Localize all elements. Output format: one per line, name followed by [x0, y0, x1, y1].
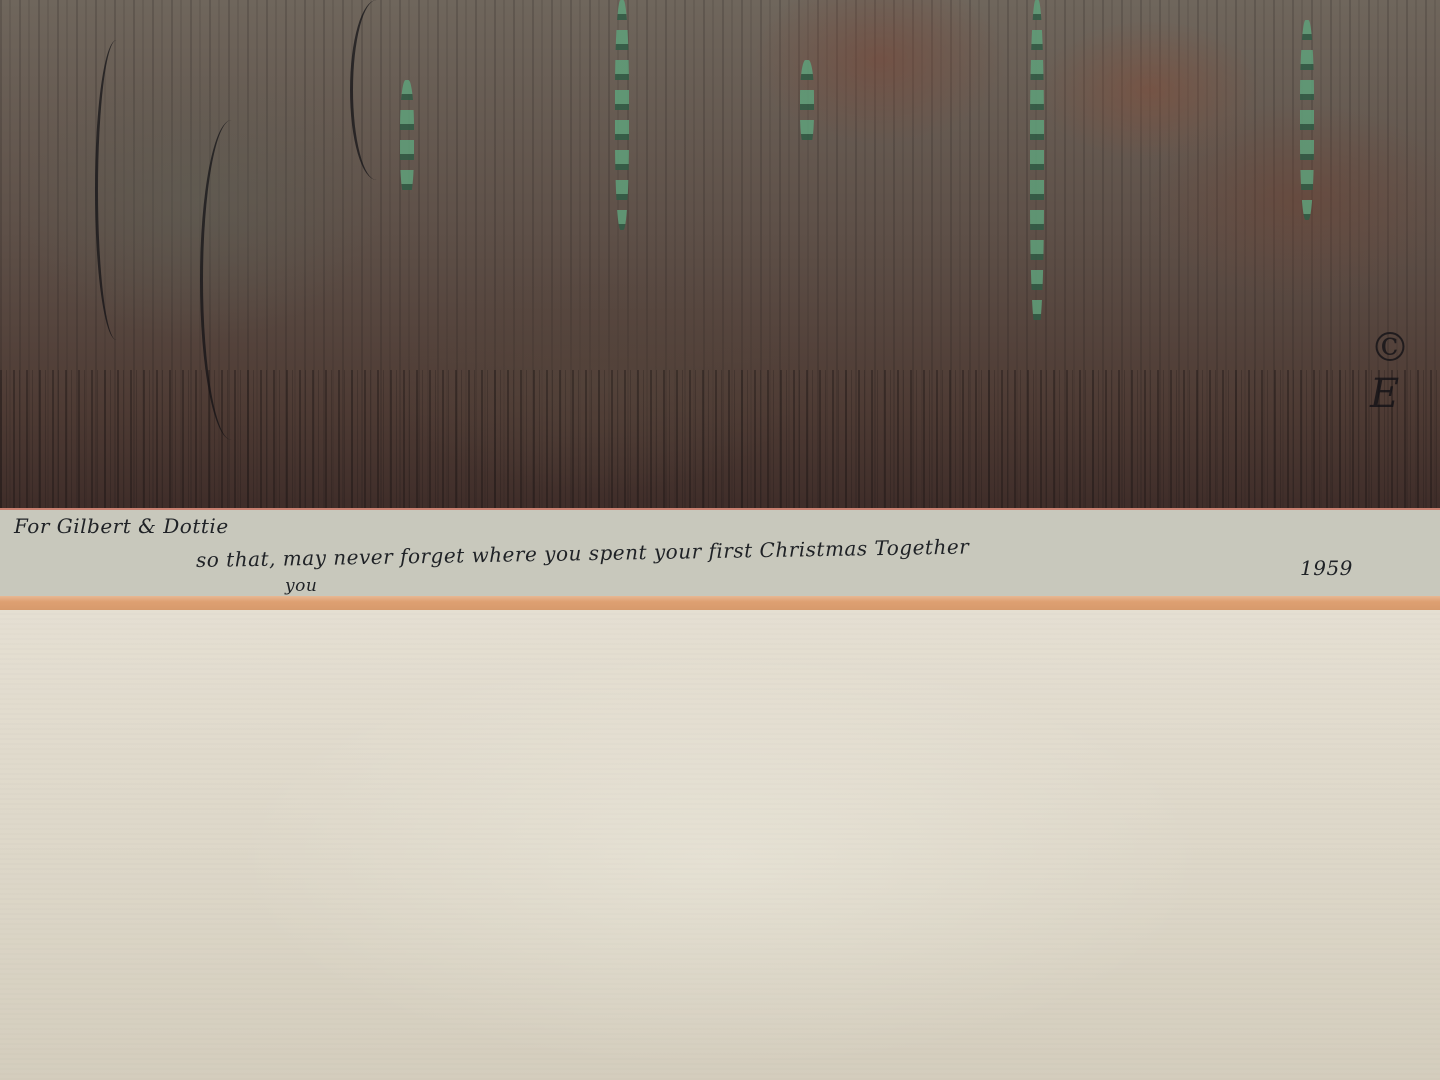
ink-stroke [95, 40, 138, 340]
dedication-insert: you [285, 576, 317, 596]
mat-board [0, 610, 1440, 1080]
foliage-vine [1030, 0, 1044, 330]
foliage-vine [800, 60, 814, 150]
dedication-line: For Gilbert & Dottie [14, 514, 229, 538]
orange-mat-rule [0, 596, 1440, 610]
ink-stroke [350, 0, 403, 180]
foliage-vine [615, 0, 629, 230]
artwork-drawing: © E [0, 0, 1440, 510]
foliage-vine [1300, 20, 1314, 220]
dedication-year: 1959 [1300, 556, 1353, 580]
artist-signature: © E [1370, 325, 1440, 417]
crosshatch-shading [0, 370, 1440, 510]
